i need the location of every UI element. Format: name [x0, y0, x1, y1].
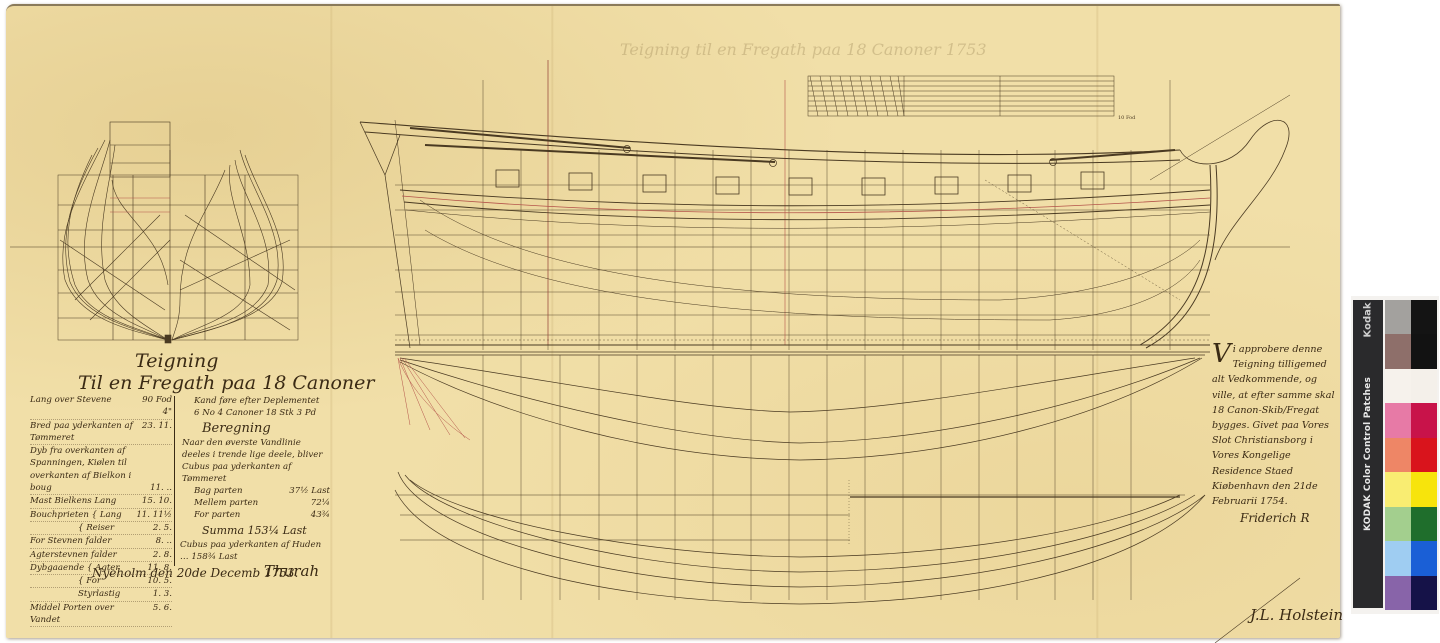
color-patch-white	[1385, 369, 1411, 403]
half-breadth-plan	[395, 355, 1205, 604]
spec-row: Mast Bielkens Lang15. 10.	[30, 495, 172, 508]
countersignature: J.L. Holstein	[1250, 606, 1343, 624]
title-line-2: Til en Fregath paa 18 Canoner	[78, 372, 374, 394]
color-patch-pink	[1385, 403, 1411, 437]
spec-row: For Stevnen falder8. ..	[30, 535, 172, 548]
armament-line-2: 6 No 4 Canoner 18 Stk 3 Pd	[180, 407, 330, 419]
color-patch-light-yellow	[1385, 472, 1411, 506]
color-patch-black	[1411, 300, 1437, 334]
kodak-color-target: Kodak KODAK Color Control Patches	[1351, 296, 1439, 614]
color-patch-light-blue	[1385, 541, 1411, 575]
hull-cubus: Cubus paa yderkanten af Huden … 158¾ Las…	[180, 539, 330, 563]
color-patch-salmon	[1385, 438, 1411, 472]
armament-and-calculation: Kand føre efter Deplementet 6 No 4 Canon…	[180, 395, 330, 563]
color-patch-blue	[1411, 541, 1437, 575]
designer-signature: Thurah	[264, 562, 319, 580]
color-patch-brown	[1385, 334, 1411, 368]
specification-table: Lang over Stevene90 Fod 4" Bred paa yder…	[30, 394, 172, 627]
color-patch-magenta	[1411, 403, 1437, 437]
armament-line-1: Kand føre efter Deplementet	[180, 395, 330, 407]
spec-row: Bred paa yderkanten af Tømmeret23. 11.	[30, 420, 172, 446]
royal-approval: Vi approbere denne Teigning tilligemed a…	[1212, 342, 1340, 509]
calculation-intro: Naar den øverste Vandlinie deeles i tren…	[180, 437, 330, 485]
royal-signature: Friderich R	[1240, 511, 1310, 525]
spec-row: Dyb fra overkanten af Spanningen, Kiølen…	[30, 445, 172, 495]
color-patch-yellow	[1411, 472, 1437, 506]
approval-initial: V	[1212, 342, 1231, 366]
color-patch-green	[1411, 507, 1437, 541]
kodak-label-bar: Kodak KODAK Color Control Patches	[1353, 300, 1383, 608]
body-plan	[58, 122, 298, 343]
color-patch-gray	[1385, 300, 1411, 334]
spec-row: Middel Porten over Vandet5. 6.	[30, 602, 172, 628]
color-patch-red	[1411, 438, 1437, 472]
color-patch-light-green	[1385, 507, 1411, 541]
faint-header-text: Teigning til en Fregath paa 18 Canoner 1…	[620, 40, 987, 59]
spec-row: Lang over Stevene90 Fod 4"	[30, 394, 172, 420]
color-patch-violet	[1385, 576, 1411, 610]
color-patch-black2	[1411, 334, 1437, 368]
sheer-plan	[360, 60, 1290, 352]
kodak-label: KODAK Color Control Patches	[1363, 377, 1373, 531]
spec-row: Bouchprieten { Lang11. 11½	[30, 509, 172, 522]
calc-row: For parten43¾	[180, 509, 330, 521]
scale-label: 10 Fod	[1118, 115, 1136, 121]
title-line-1: Teigning	[135, 350, 218, 372]
kodak-brand: Kodak	[1363, 303, 1374, 338]
scale-bar	[808, 76, 1114, 116]
calc-row: Mellem parten72¼	[180, 497, 330, 509]
spec-row: Agterstevnen falder2. 8.	[30, 549, 172, 562]
spec-row: { Reiser2. 5.	[30, 522, 172, 535]
calc-sum: Summa 153¼ Last	[202, 525, 330, 537]
table-divider	[174, 396, 175, 566]
color-patch-white2	[1411, 369, 1437, 403]
calc-row: Bag parten37½ Last	[180, 485, 330, 497]
calculation-heading: Beregning	[202, 423, 330, 435]
color-patch-navy	[1411, 576, 1437, 610]
color-patches	[1385, 300, 1437, 610]
spec-row: Styrlastig1. 3.	[30, 588, 172, 601]
